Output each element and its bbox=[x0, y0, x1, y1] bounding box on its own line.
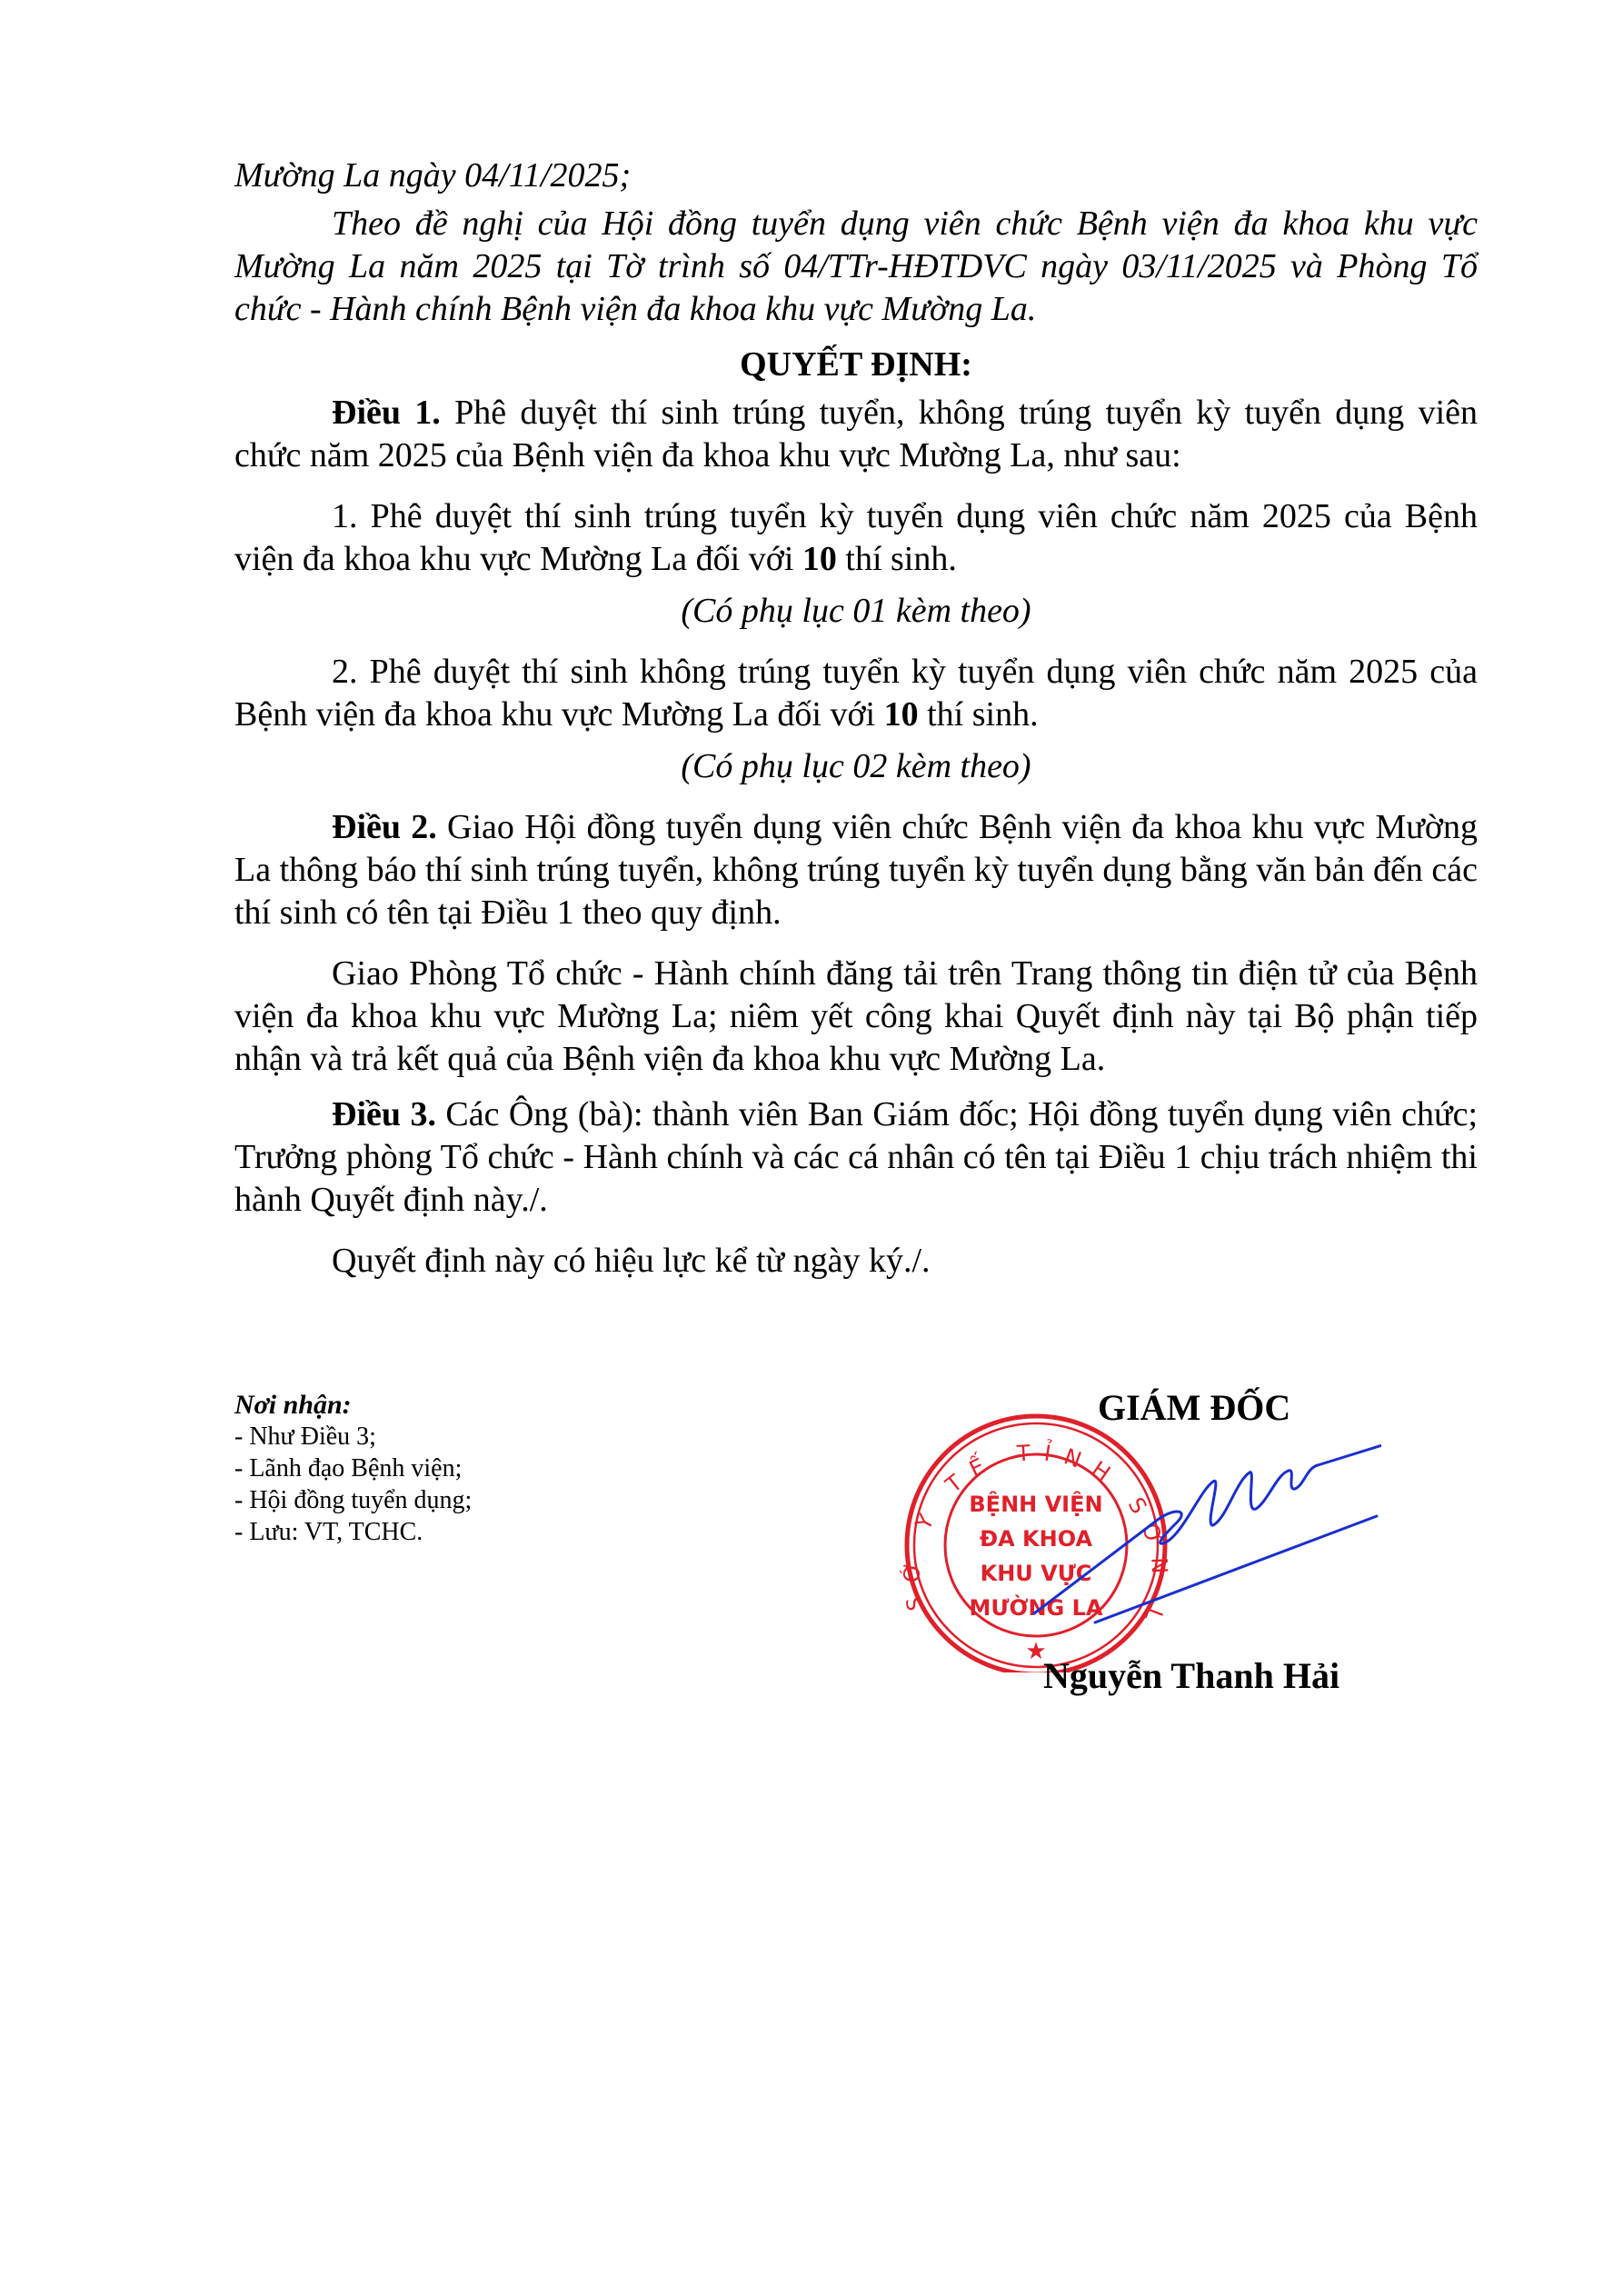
item-2-count: 10 bbox=[884, 695, 919, 734]
recipient-item: - Hội đồng tuyển dụng; bbox=[234, 1484, 472, 1516]
effective-clause: Quyết định này có hiệu lực kể từ ngày ký… bbox=[234, 1240, 1478, 1283]
document-page: Mường La ngày 04/11/2025; Theo đề nghị c… bbox=[0, 0, 1623, 2296]
item-2-suffix: thí sinh. bbox=[919, 695, 1039, 734]
article-3: Điều 3. Các Ông (bà): thành viên Ban Giá… bbox=[234, 1093, 1478, 1222]
recipient-item: - Lưu: VT, TCHC. bbox=[234, 1516, 472, 1548]
intro-proposal: Theo đề nghị của Hội đồng tuyển dụng viê… bbox=[234, 203, 1478, 331]
article-2-paragraph-2: Giao Phòng Tổ chức - Hành chính đăng tải… bbox=[234, 953, 1478, 1081]
document-body: Mường La ngày 04/11/2025; Theo đề nghị c… bbox=[234, 155, 1478, 1283]
article-3-label: Điều 3. bbox=[332, 1095, 436, 1133]
intro-carryover-line: Mường La ngày 04/11/2025; bbox=[234, 155, 1478, 197]
appendix-02-note: (Có phụ lục 02 kèm theo) bbox=[234, 745, 1478, 788]
appendix-01-note: (Có phụ lục 01 kèm theo) bbox=[234, 590, 1478, 633]
article-2: Điều 2. Giao Hội đồng tuyển dụng viên ch… bbox=[234, 806, 1478, 934]
decision-heading: QUYẾT ĐỊNH: bbox=[234, 344, 1478, 386]
article-2-label: Điều 2. bbox=[332, 808, 437, 846]
recipients-title: Nơi nhận: bbox=[234, 1389, 472, 1421]
item-1-count: 10 bbox=[802, 540, 837, 578]
recipient-item: - Như Điều 3; bbox=[234, 1421, 472, 1452]
handwritten-signature bbox=[1018, 1418, 1381, 1654]
article-1: Điều 1. Phê duyệt thí sinh trúng tuyển, … bbox=[234, 392, 1478, 477]
signatory-name: Nguyễn Thanh Hải bbox=[1043, 1654, 1339, 1697]
article-1-item-2: 2. Phê duyệt thí sinh không trúng tuyển … bbox=[234, 651, 1478, 736]
article-1-label: Điều 1. bbox=[332, 394, 441, 432]
recipients-block: Nơi nhận: - Như Điều 3; - Lãnh đạo Bệnh … bbox=[234, 1389, 472, 1548]
item-2-text: 2. Phê duyệt thí sinh không trúng tuyển … bbox=[234, 653, 1478, 734]
article-1-item-1: 1. Phê duyệt thí sinh trúng tuyển kỳ tuy… bbox=[234, 495, 1478, 581]
recipient-item: - Lãnh đạo Bệnh viện; bbox=[234, 1452, 472, 1484]
item-1-suffix: thí sinh. bbox=[837, 540, 957, 578]
